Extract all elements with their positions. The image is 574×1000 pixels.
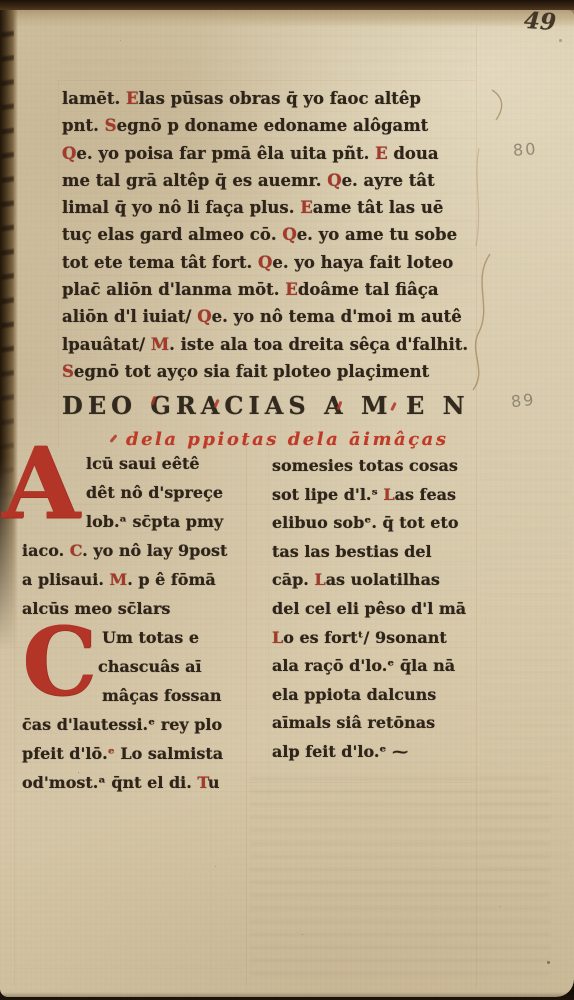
text-line: Qe. yo poisa far pmā êla uita pñt. E dou… [62,140,478,167]
text-line: somesies totas cosas [272,452,478,481]
ruling-line [210,790,211,986]
ruling-line [58,220,476,221]
ruling-line [58,111,476,112]
crease-line [433,760,434,986]
ruling-line [58,193,476,194]
text-line: me tal grā altêp q̄ es auemr. Qe. ayre t… [62,167,478,194]
text-line: dêt nô d'spreçe [22,478,246,507]
margin-pen-flourish [460,252,498,392]
text-line: plac̄ aliōn d'lanma mōt. Edoâme tal fiâç… [62,276,478,303]
pencil-margin-number-bottom: 89 [510,390,536,411]
ruling-line [14,705,476,706]
text-line: lpauâtat/ M. iste ala toa dreita sêça d'… [62,331,478,358]
main-text-block: lamēt. Elas pūsas obras q̄ yo faoc altêp… [62,85,478,385]
text-line: lamēt. Elas pūsas obras q̄ yo faoc altêp [62,85,478,112]
text-line: tot ete tema tât fort. Qe. yo haya fait … [62,249,478,276]
ruling-line [58,80,476,81]
ruling-line [14,733,476,734]
text-line: aliōn d'l iuiat/ Qe. yo nô tema d'moi m … [62,303,478,330]
folio-number: 49 [523,7,557,36]
manuscript-photo: 49 80 89 lamēt. Elas pūsas obras q̄ yo f… [0,0,574,1000]
ruling-line [58,80,59,448]
ruling-line [14,475,476,476]
ruling-line [58,275,476,276]
deo-gracias-amen-line: DEO GRACIAS A M E N [62,391,470,420]
ruling-line [14,647,476,648]
ruling-line [14,762,476,763]
text-line: tuç elas gard almeo cō. Qe. yo ame tu so… [62,221,478,248]
ruling-line [58,302,476,303]
text-line: elibuo sobᵉ. q̄ tot eto [272,509,478,538]
ruling-line [14,968,242,969]
text-line: lcū saui eêtê [22,449,246,478]
ruling-line [14,532,476,533]
ruling-line [14,590,476,591]
ruling-line [58,166,476,167]
text-line: Segnō tot ayço sia fait ploteo plaçiment [62,358,478,385]
text-line: c̄as d'lautessi.ᵉ rey plo [22,710,246,739]
page-top-edge [0,10,574,28]
left-column-text: lcū saui eêtêdêt nô d'spreçelob.ᵃ sc̄pta… [22,449,246,797]
ruling-line [14,504,476,505]
text-line: pfeit d'lō.ᵉ Lo salmista [22,739,246,768]
ruling-line [58,248,476,249]
ruling-line [268,446,269,800]
chapter-rubric: dela ppiotas dela āimâças [126,429,448,450]
right-column-text: somesies totas cosassot lipe d'l.ˢ Las f… [272,452,478,767]
ruling-line [58,357,476,358]
text-line: pnt. Segnō p doname edoname alôgamt [62,112,478,139]
ruling-line [14,676,476,677]
margin-pen-flourish [488,88,510,122]
ruling-line [14,791,476,792]
gutter-page-edges [0,10,18,650]
text-line: mâças fossan [22,681,246,710]
ruling-line [14,561,476,562]
text-line: limal q̄ yo nô li faça plus. Eame tât la… [62,194,478,221]
page-bottom-shadow [0,992,574,1000]
ruling-line [14,619,476,620]
ruling-line [58,384,476,385]
ruling-line [58,138,476,139]
ink-specks [0,0,1,1]
ruling-line [58,329,476,330]
ruling-line [246,782,476,783]
margin-pen-flourish [470,148,486,248]
pencil-margin-number-top: 80 [512,139,538,160]
text-line: od'most.ᵃ q̄nt el di. Tu [22,768,246,797]
ruling-line [246,446,247,986]
text-line: sot lipe d'l.ˢ Las feas [272,481,478,510]
